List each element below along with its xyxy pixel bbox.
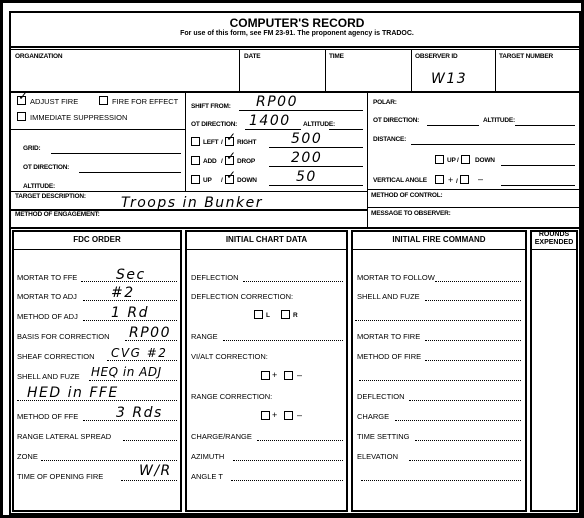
grid-ot-direction-label: OT DIRECTION: [23,164,69,171]
polar-down-checkbox[interactable] [461,155,470,164]
fire-command-blank-line-2[interactable] [359,380,521,381]
observer-id-label: OBSERVER ID [415,53,457,60]
mortar-to-fire-input[interactable] [425,340,521,341]
polar-down-label: DOWN [475,157,495,164]
angle-t-input[interactable] [231,480,343,481]
range-correction-label: RANGE CORRECTION: [191,392,272,401]
sheaf-correction-value[interactable]: CVG #2 [111,346,167,360]
initial-chart-data-heading: INITIAL CHART DATA [185,235,348,244]
method-of-engagement-field[interactable] [12,217,366,227]
fire-for-effect-checkbox[interactable] [99,96,108,105]
immediate-suppression-label: IMMEDIATE SUPPRESSION [30,113,127,122]
organization-field[interactable] [11,51,237,91]
range-correction-plus-checkbox[interactable] [261,411,270,420]
charge-range-input[interactable] [257,440,343,441]
time-of-opening-fire-label: TIME OF OPENING FIRE [17,472,103,481]
shift-ot-direction-label: OT DIRECTION: [191,121,237,128]
mortar-to-fire-label: MORTAR TO FIRE [357,332,420,341]
fdc-order-heading: FDC ORDER [12,235,182,244]
basis-for-correction-label: BASIS FOR CORRECTION [17,332,110,341]
checkmark-icon: ✓ [18,91,28,101]
computers-record-form: COMPUTER'S RECORD For use of this form, … [0,0,584,518]
time-setting-input[interactable] [415,440,521,441]
up-checkbox[interactable] [191,175,200,184]
azimuth-label: AZIMUTH [191,452,224,461]
vertical-angle-label: VERTICAL ANGLE [373,177,427,184]
initial-fire-command-heading: INITIAL FIRE COMMAND [351,235,527,244]
add-drop-value[interactable]: 200 [291,150,322,166]
shift-from-value[interactable]: RP00 [256,94,298,110]
add-checkbox[interactable] [191,156,200,165]
left-checkbox[interactable] [191,137,200,146]
grid-ot-direction-input[interactable] [79,172,181,173]
observer-id-value[interactable]: W13 [431,71,467,87]
charge-label: CHARGE [357,412,389,421]
elevation-label: ELEVATION [357,452,398,461]
deflection-input[interactable] [243,281,343,282]
charge-range-label: CHARGE/RANGE [191,432,252,441]
add-label: ADD [203,158,216,165]
polar-ot-direction-label: OT DIRECTION: [373,117,419,124]
mortar-to-ffe-value[interactable]: Sec [116,267,146,283]
basis-for-correction-value[interactable]: RP00 [129,325,171,341]
mortar-to-adj-label: MORTAR TO ADJ [17,292,77,301]
range-lateral-spread-input[interactable] [123,440,177,441]
form-subtitle: For use of this form, see FM 23-91. The … [11,30,583,37]
checkmark-icon: ✓ [226,132,236,142]
up-label: UP [203,177,212,184]
mortar-to-follow-input[interactable] [435,281,521,282]
elevation-input[interactable] [409,460,521,461]
rounds-expended-heading: ROUNDS EXPENDED [530,231,578,247]
left-right-value[interactable]: 500 [291,131,322,147]
vi-alt-minus-checkbox[interactable] [284,371,293,380]
method-of-fire-input[interactable] [425,360,521,361]
method-of-adj-label: METHOD OF ADJ [17,312,78,321]
shell-and-fuze-value-2[interactable]: HED in FFE [27,385,119,401]
drop-label: DROP [237,158,255,165]
grid-altitude-label: ALTITUDE: [23,183,55,190]
up-down-value[interactable]: 50 [296,169,317,185]
vi-alt-correction-label: VI/ALT CORRECTION: [191,352,268,361]
range-input[interactable] [223,340,343,341]
checkmark-icon: ✓ [226,170,236,180]
polar-ot-direction-input[interactable] [427,125,479,126]
left-label: LEFT [203,139,218,146]
deflection-correction-label: DEFLECTION CORRECTION: [191,292,293,301]
time-of-opening-fire-value[interactable]: W/R [139,463,172,479]
down-label: DOWN [237,177,257,184]
fire-deflection-input[interactable] [409,400,521,401]
rounds-expended-field[interactable] [532,251,576,509]
zone-label: ZONE [17,452,38,461]
polar-up-down-input[interactable] [501,165,575,166]
vertical-angle-minus-checkbox[interactable] [460,175,469,184]
fire-command-blank-line-3[interactable] [361,480,521,481]
target-description-label: TARGET DESCRIPTION: [15,193,86,200]
date-field[interactable] [240,51,324,91]
method-of-ffe-value[interactable]: 3 Rds [116,405,163,421]
polar-altitude-label: ALTITUDE: [483,117,515,124]
azimuth-input[interactable] [233,460,343,461]
form-body: COMPUTER'S RECORD For use of this form, … [9,11,581,515]
mortar-to-adj-value[interactable]: #2 [111,285,135,301]
shell-and-fuze-value[interactable]: HEQ in ADJ [91,365,162,379]
sheaf-correction-label: SHEAF CORRECTION [17,352,95,361]
charge-input[interactable] [395,420,521,421]
fire-command-blank-line-1[interactable] [355,320,521,321]
mortar-to-follow-label: MORTAR TO FOLLOW [357,273,435,282]
shell-and-fuze-label: SHELL AND FUZE [17,372,80,381]
time-field[interactable] [326,51,410,91]
deflection-label: DEFLECTION [191,273,239,282]
form-title: COMPUTER'S RECORD [11,16,583,30]
polar-up-checkbox[interactable] [435,155,444,164]
fire-deflection-label: DEFLECTION [357,392,405,401]
grid-input[interactable] [51,153,181,154]
vertical-angle-input[interactable] [501,185,575,186]
method-of-control-label: METHOD OF CONTROL: [371,192,443,199]
distance-input[interactable] [411,144,575,145]
angle-t-label: ANGLE T [191,472,223,481]
adjust-fire-label: ADJUST FIRE [30,97,78,106]
vi-alt-plus-checkbox[interactable] [261,371,270,380]
polar-label: POLAR: [373,99,397,106]
method-of-ffe-label: METHOD OF FFE [17,412,78,421]
shift-altitude-input[interactable] [329,129,363,130]
grid-label: GRID: [23,145,40,152]
right-label: RIGHT [237,139,256,146]
shell-and-fuze-command-input[interactable] [425,300,521,301]
immediate-suppression-checkbox[interactable] [17,112,26,121]
range-lateral-spread-label: RANGE LATERAL SPREAD [17,432,111,441]
shell-and-fuze-command-label: SHELL AND FUZE [357,292,420,301]
shift-ot-direction-value[interactable]: 1400 [249,113,291,129]
range-label: RANGE [191,332,218,341]
time-setting-label: TIME SETTING [357,432,410,441]
zone-input[interactable] [41,460,177,461]
vertical-angle-plus-checkbox[interactable] [435,175,444,184]
polar-up-label: UP [447,157,456,164]
checkmark-icon: ✓ [226,151,236,161]
fire-for-effect-label: FIRE FOR EFFECT [112,97,178,106]
deflection-left-checkbox[interactable] [254,310,263,319]
range-correction-minus-checkbox[interactable] [284,411,293,420]
method-of-fire-label: METHOD OF FIRE [357,352,421,361]
mortar-to-ffe-label: MORTAR TO FFE [17,273,77,282]
message-to-observer-field[interactable] [368,217,578,227]
deflection-right-checkbox[interactable] [281,310,290,319]
polar-altitude-input[interactable] [515,125,575,126]
target-number-field[interactable] [496,51,578,91]
shift-altitude-label: ALTITUDE: [303,121,335,128]
shift-from-label: SHIFT FROM: [191,103,231,110]
message-to-observer-label: MESSAGE TO OBSERVER: [371,210,451,217]
distance-label: DISTANCE: [373,136,406,143]
method-of-adj-value[interactable]: 1 Rd [111,305,149,321]
